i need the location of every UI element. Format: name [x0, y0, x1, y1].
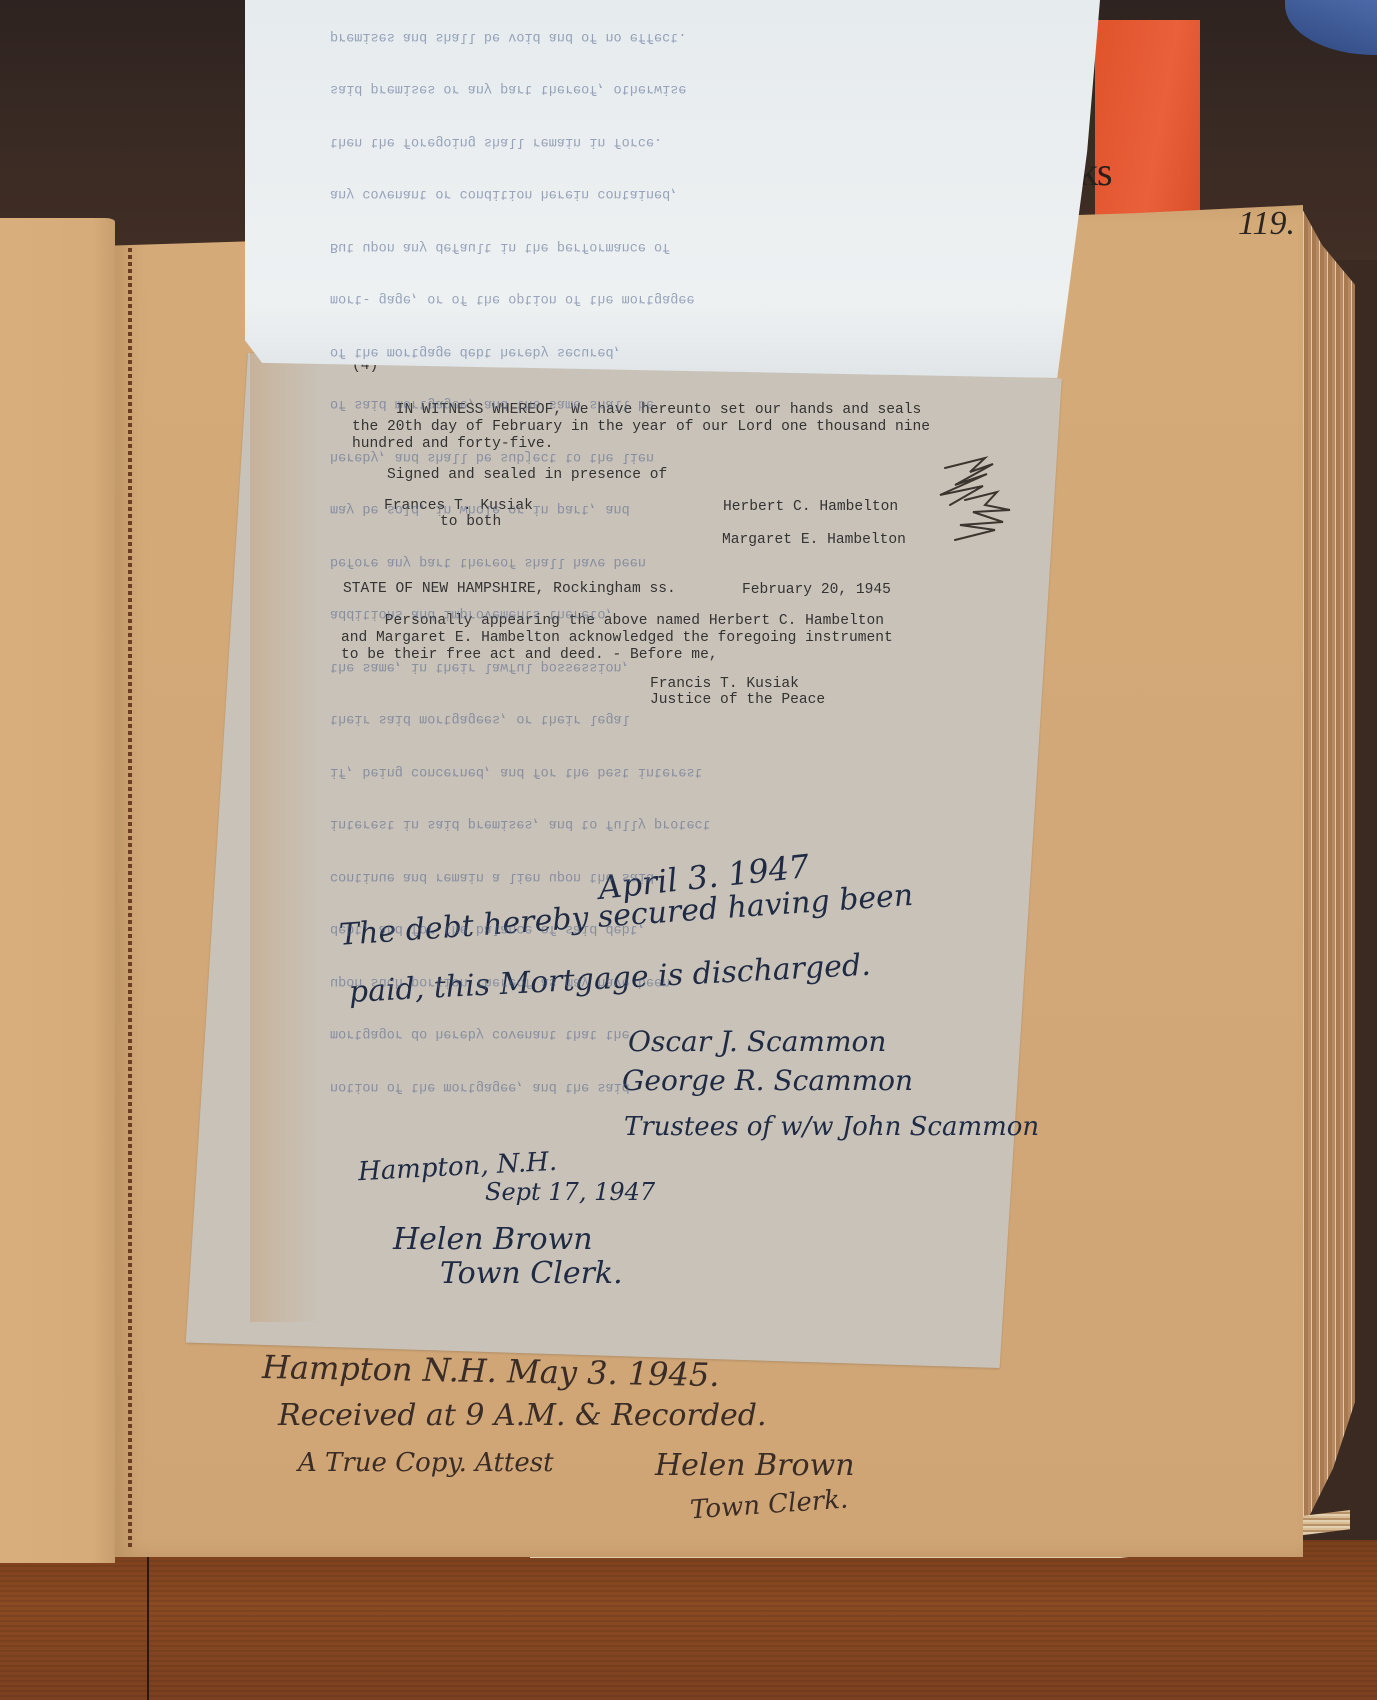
- folded-line: interest in said premises, and to fully …: [330, 815, 1050, 833]
- folded-line: said premises or any part thereof, other…: [330, 80, 1050, 98]
- record-line-3: A True Copy. Attest: [298, 1448, 554, 1478]
- page-number: 119.: [1238, 205, 1295, 243]
- clerk-signature: Helen Brown: [393, 1222, 593, 1257]
- wood-table-background-bottom: [0, 1540, 1377, 1700]
- book-spine-stitching: [128, 248, 132, 1548]
- folded-line: any covenant or condition herein contain…: [330, 185, 1050, 203]
- folded-line: their said mortgagees, or their legal: [330, 710, 1050, 728]
- record-line-1: Hampton N.H. May 3. 1945.: [262, 1348, 720, 1394]
- record-clerk-signature: Helen Brown: [655, 1448, 855, 1483]
- folded-line: But upon any default in the performance …: [330, 238, 1050, 256]
- folded-line: before any part thereof shall have been: [330, 553, 1050, 571]
- folded-line: then the foregoing shall remain in force…: [330, 133, 1050, 151]
- folded-line: continue and remain a lien upon the said: [330, 868, 1050, 886]
- folded-line: of said mortgagee, and the same shall be: [330, 395, 1050, 413]
- folded-line: mortgagor do hereby covenant that the: [330, 1025, 1050, 1043]
- folded-line: debt, and for the balance of said debt,: [330, 920, 1050, 938]
- folded-page-mirrored-text: notion of the mortgagee, and the said mo…: [330, 10, 1050, 1130]
- folded-line: the same, in their lawful possession,: [330, 658, 1050, 676]
- folded-line: if, being concerned, and for the best in…: [330, 763, 1050, 781]
- wood-plank-seam: [147, 1555, 149, 1700]
- clerk-title: Town Clerk.: [440, 1256, 623, 1291]
- folded-line: notion of the mortgagee, and the said: [330, 1078, 1050, 1096]
- folded-line: may be sold, in whole or in part, and: [330, 500, 1050, 518]
- folded-line: mort- gage, or of the option of the mort…: [330, 290, 1050, 308]
- folded-line: upon such portion thereof as may have be…: [330, 973, 1050, 991]
- water-stain: [250, 352, 320, 1322]
- book-left-page: [0, 218, 115, 1563]
- folded-line: of the mortgage debt hereby secured,: [330, 343, 1050, 361]
- recording-date: Sept 17, 1947: [485, 1178, 655, 1206]
- folded-line: premises and shall be void and of no eff…: [330, 28, 1050, 46]
- record-line-2: Received at 9 A.M. & Recorded.: [278, 1398, 767, 1433]
- book-page-edges: [1300, 205, 1355, 1535]
- folded-line: additions and improvements thereto,: [330, 605, 1050, 623]
- folded-line: hereby, and shall be subject to the lien: [330, 448, 1050, 466]
